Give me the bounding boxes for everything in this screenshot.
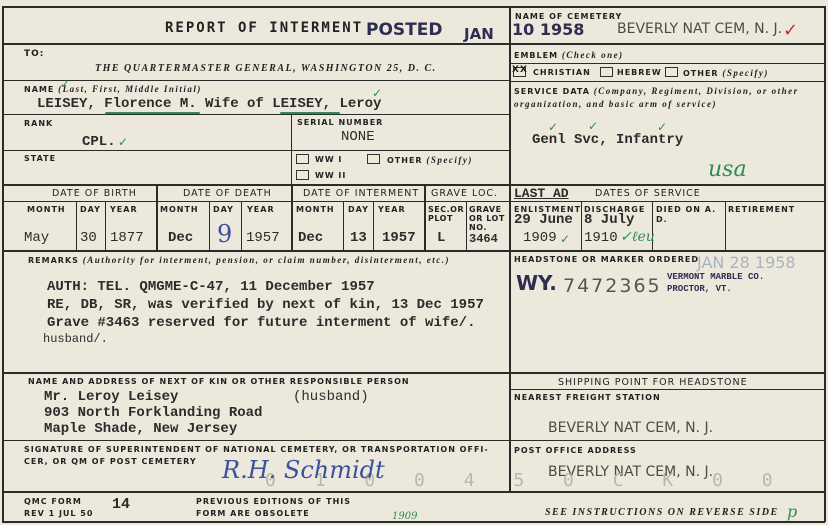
interment-day-label: DAY bbox=[348, 205, 369, 214]
next-of-kin-name: Mr. Leroy Leisey bbox=[44, 389, 178, 405]
death-month: Dec bbox=[168, 230, 193, 246]
next-of-kin-address-2: Maple Shade, New Jersey bbox=[44, 421, 237, 437]
divider bbox=[510, 389, 825, 390]
next-of-kin-relation: (husband) bbox=[293, 389, 369, 405]
other-emblem-label: OTHER (Specify) bbox=[683, 68, 769, 78]
green-check-icon: ✓ bbox=[657, 120, 667, 134]
handwritten-usa: usa bbox=[708, 157, 747, 182]
divider bbox=[2, 440, 825, 441]
divider bbox=[2, 6, 825, 8]
freight-station-label: NEAREST FREIGHT STATION bbox=[514, 393, 661, 402]
enlistment-day: 29 June bbox=[514, 212, 573, 228]
handwritten-year: 1909 bbox=[392, 511, 417, 522]
headstone-label: HEADSTONE OR MARKER ORDERED bbox=[514, 255, 699, 264]
posted-month: JAN bbox=[464, 25, 494, 43]
ww2-label: WW II bbox=[315, 171, 346, 180]
handwritten-initial: p bbox=[787, 502, 797, 521]
grave-loc-header: GRAVE LOC. bbox=[431, 188, 498, 199]
headstone-code: WY. bbox=[516, 271, 557, 295]
other-war-label: OTHER (Specify) bbox=[387, 155, 473, 165]
ww1-checkbox[interactable] bbox=[296, 154, 309, 164]
grave-section: L bbox=[437, 230, 445, 246]
to-label: TO: bbox=[24, 49, 44, 59]
interment-month: Dec bbox=[298, 230, 323, 246]
green-check-icon: ✓ bbox=[60, 77, 70, 91]
cemetery-value: BEVERLY NAT CEM, N. J. bbox=[617, 21, 782, 37]
cemetery-label: NAME OF CEMETERY bbox=[515, 12, 622, 21]
interment-month-label: MONTH bbox=[296, 205, 335, 214]
form-name: QMC FORM bbox=[24, 497, 82, 506]
green-check-icon: ✓ bbox=[372, 86, 382, 100]
hebrew-checkbox[interactable] bbox=[600, 67, 613, 77]
divider bbox=[2, 80, 510, 81]
serial-number-label: SERIAL NUMBER bbox=[297, 118, 383, 127]
divider bbox=[291, 184, 293, 251]
posted-date: 10 1958 bbox=[512, 20, 584, 39]
divider bbox=[241, 201, 242, 251]
divider bbox=[2, 184, 825, 186]
birth-day-label: DAY bbox=[80, 205, 101, 214]
rank-value: CPL. bbox=[82, 134, 116, 150]
date-of-death-header: DATE OF DEATH bbox=[183, 188, 272, 199]
divider bbox=[824, 6, 826, 522]
remarks-line-3: Grave #3463 reserved for future intermen… bbox=[47, 315, 475, 331]
other-emblem-checkbox[interactable] bbox=[665, 67, 678, 77]
discharge-year: 1910 bbox=[584, 230, 618, 246]
interment-year-label: YEAR bbox=[378, 205, 406, 214]
form-revision: REV 1 JUL 50 bbox=[24, 509, 93, 518]
divider bbox=[156, 184, 158, 251]
checkbox-mark: XX bbox=[512, 65, 528, 75]
hebrew-label: HEBREW bbox=[617, 68, 662, 77]
vendor-line-2: PROCTOR, VT. bbox=[667, 284, 732, 294]
green-check-icon: ✓ bbox=[588, 119, 598, 133]
died-on-ad-label: DIED ON A. D. bbox=[656, 205, 724, 225]
serial-number-value: NONE bbox=[341, 129, 375, 145]
birth-month-label: MONTH bbox=[27, 205, 66, 214]
rank-label: RANK bbox=[24, 119, 53, 128]
divider bbox=[2, 43, 825, 45]
birth-year-label: YEAR bbox=[110, 205, 138, 214]
interment-day: 13 bbox=[350, 230, 367, 246]
death-year-label: YEAR bbox=[247, 205, 275, 214]
remarks-line-1: AUTH: TEL. QMGME-C-47, 11 December 1957 bbox=[47, 279, 375, 295]
green-check-icon: ✓ bbox=[118, 135, 128, 149]
to-value: THE QUARTERMASTER GENERAL, WASHINGTON 25… bbox=[95, 63, 437, 74]
last-ad-label: LAST AD bbox=[514, 186, 569, 201]
ww2-checkbox[interactable] bbox=[296, 170, 309, 180]
green-check-icon: ✓ bbox=[548, 120, 558, 134]
divider bbox=[466, 201, 467, 251]
ww1-label: WW I bbox=[315, 155, 342, 164]
superintendent-signature: R.H. Schmidt bbox=[222, 456, 385, 484]
previous-editions-line-1: PREVIOUS EDITIONS OF THIS bbox=[196, 497, 351, 506]
divider bbox=[2, 491, 825, 493]
christian-label: CHRISTIAN bbox=[533, 68, 591, 77]
divider bbox=[509, 6, 511, 492]
red-check-icon: ✓ bbox=[783, 20, 798, 41]
divider bbox=[2, 250, 825, 252]
date-of-birth-header: DATE OF BIRTH bbox=[52, 188, 137, 199]
divider bbox=[581, 201, 582, 251]
section-label: SEC.OR PLOT bbox=[428, 205, 466, 223]
remarks-line-2: RE, DB, SR, was verified by next of kin,… bbox=[47, 297, 484, 313]
death-year: 1957 bbox=[246, 230, 280, 246]
next-of-kin-label: NAME AND ADDRESS OF NEXT OF KIN OR OTHER… bbox=[28, 377, 410, 386]
divider bbox=[343, 201, 344, 251]
birth-day: 30 bbox=[80, 230, 97, 246]
interment-year: 1957 bbox=[382, 230, 416, 246]
green-underline bbox=[105, 112, 200, 114]
lot-label: GRAVE OR LOT NO. bbox=[469, 205, 509, 232]
other-war-checkbox[interactable] bbox=[367, 154, 380, 164]
divider bbox=[76, 201, 77, 251]
green-underline bbox=[280, 112, 340, 114]
divider bbox=[105, 201, 106, 251]
instructions-note: SEE INSTRUCTIONS ON REVERSE SIDE bbox=[545, 507, 779, 518]
date-of-interment-header: DATE OF INTERMENT bbox=[303, 188, 419, 199]
death-day-label: DAY bbox=[213, 205, 234, 214]
form-title: REPORT OF INTERMENT bbox=[165, 20, 363, 36]
divider bbox=[2, 6, 4, 522]
state-label: STATE bbox=[24, 154, 56, 163]
grave-lot: 3464 bbox=[469, 232, 498, 246]
headstone-date-stamp: JAN 28 1958 bbox=[697, 253, 796, 272]
divider bbox=[510, 63, 825, 64]
birth-year: 1877 bbox=[110, 230, 144, 246]
divider bbox=[2, 150, 510, 151]
divider bbox=[510, 81, 825, 82]
green-initials: ✓ℓeu bbox=[620, 229, 655, 246]
divider bbox=[291, 114, 292, 184]
divider bbox=[373, 201, 374, 251]
birth-month: May bbox=[24, 230, 49, 246]
signature-label-line-2: CER, OR QM OF POST CEMETERY bbox=[24, 457, 197, 466]
next-of-kin-address-1: 903 North Forklanding Road bbox=[44, 405, 262, 421]
service-data-value: Genl Svc, Infantry bbox=[532, 132, 683, 148]
divider bbox=[209, 201, 210, 251]
divider bbox=[424, 184, 426, 251]
interment-record-card: REPORT OF INTERMENT POSTED JAN 10 1958 N… bbox=[0, 0, 828, 525]
enlistment-year: 1909 bbox=[523, 230, 557, 246]
divider bbox=[2, 201, 825, 202]
shipping-header: SHIPPING POINT FOR HEADSTONE bbox=[558, 377, 748, 388]
remarks-line-4: husband/. bbox=[43, 332, 108, 346]
divider bbox=[2, 372, 825, 374]
freight-station-value: BEVERLY NAT CEM, N. J. bbox=[548, 420, 713, 436]
name-label: NAME (Last, First, Middle Initial) bbox=[24, 84, 202, 94]
emblem-label: EMBLEM (Check one) bbox=[514, 50, 624, 60]
service-data-label: SERVICE DATA (Company, Regiment, Divisio… bbox=[514, 85, 814, 111]
green-check-icon: ✓ bbox=[560, 232, 570, 246]
previous-editions-line-2: FORM ARE OBSOLETE bbox=[196, 509, 310, 518]
form-number: 14 bbox=[112, 496, 130, 513]
post-office-label: POST OFFICE ADDRESS bbox=[514, 446, 637, 455]
vendor-line-1: VERMONT MARBLE CO. bbox=[667, 272, 764, 282]
divider bbox=[725, 201, 726, 251]
death-day: 9 bbox=[217, 220, 232, 248]
death-month-label: MONTH bbox=[160, 205, 199, 214]
posted-stamp: POSTED bbox=[366, 20, 442, 40]
dates-of-service-header: DATES OF SERVICE bbox=[595, 188, 701, 199]
name-value: LEISEY, Florence M. Wife of LEISEY, Lero… bbox=[37, 96, 381, 112]
retirement-label: RETIREMENT bbox=[728, 205, 795, 214]
divider bbox=[2, 114, 510, 115]
signature-label-line-1: SIGNATURE OF SUPERINTENDENT OF NATIONAL … bbox=[24, 445, 489, 454]
discharge-day: 8 July bbox=[584, 212, 634, 228]
remarks-label: REMARKS (Authority for interment, pensio… bbox=[28, 255, 450, 265]
headstone-number: 7472365 bbox=[563, 275, 662, 297]
